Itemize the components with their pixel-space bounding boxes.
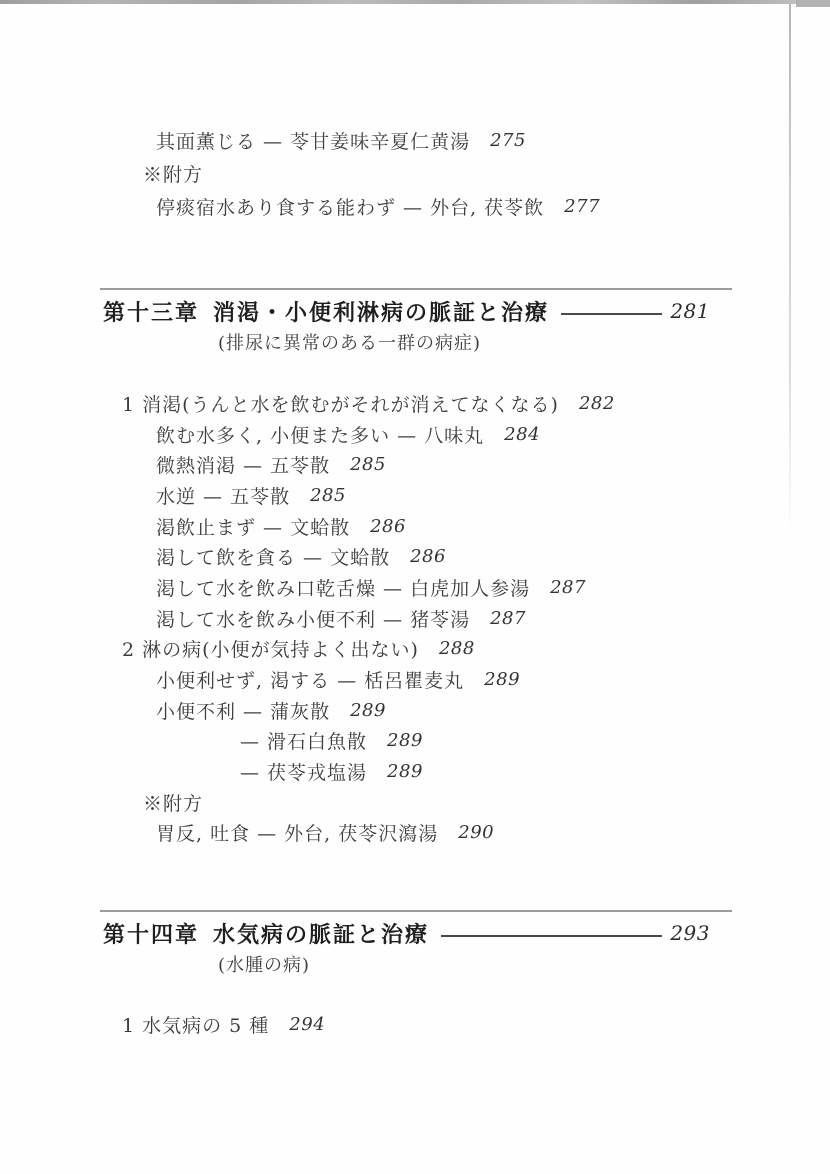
toc-entry-text: 小便利せず, 渇する — 栝呂瞿麦丸 (156, 666, 464, 693)
chapter-subtitle: (排尿に異常のある一群の病症) (218, 328, 732, 356)
toc-entry-page: 289 (350, 700, 386, 721)
toc-entry-page: 286 (410, 546, 446, 567)
toc-entry-text: 渇飲止まず — 文蛤散 (156, 513, 350, 540)
toc-entry-page: 275 (490, 130, 526, 151)
toc-page: 其面薫じる — 苓甘姜味辛夏仁黄湯 275 ※附方 停痰宿水あり食する能わず —… (0, 0, 830, 1174)
toc-entry: 渇飲止まず — 文蛤散 286 (156, 511, 732, 542)
toc-entry: 飲む水多く, 小便また多い — 八味丸 284 (156, 419, 732, 450)
toc-entry-text: — 茯苓戎塩湯 (240, 758, 367, 785)
toc-entry-text: 渇して水を飲み口乾舌燥 — 白虎加人参湯 (156, 574, 530, 601)
toc-entry-text: 水逆 — 五苓散 (156, 482, 290, 509)
toc-entry-page: 277 (564, 196, 600, 217)
toc-entry-text: 1 消渇(うんと水を飲むがそれが消えてなくなる) (122, 390, 559, 417)
toc-entry-text: ※附方 (143, 789, 203, 816)
scan-edge-artifact-corner (796, 0, 830, 7)
toc-entry-text: 胃反, 吐食 — 外台, 茯苓沢瀉湯 (156, 819, 438, 846)
toc-entry-page: 288 (439, 638, 475, 659)
chapter-title: 消渇・小便利淋病の脈証と治療 (213, 296, 549, 327)
toc-entry-page: 289 (387, 730, 423, 751)
leader-line (561, 313, 662, 315)
chapter-number: 第十三章 (103, 296, 199, 327)
toc-entry-page: 284 (504, 424, 540, 445)
toc-content: 其面薫じる — 苓甘姜味辛夏仁黄湯 275 ※附方 停痰宿水あり食する能わず —… (100, 0, 732, 1040)
toc-entry: 小便不利 — 蒲灰散 289 (156, 695, 732, 726)
toc-entry-text: 飲む水多く, 小便また多い — 八味丸 (156, 421, 484, 448)
toc-entry-text: 小便不利 — 蒲灰散 (156, 697, 330, 724)
toc-entry: 停痰宿水あり食する能わず — 外台, 茯苓飲 277 (156, 190, 732, 223)
chapter-number: 第十四章 (103, 918, 199, 949)
toc-entry: — 滑石白魚散 289 (240, 726, 732, 757)
toc-entry: ※附方 (143, 157, 732, 190)
chapter-divider-rule (100, 910, 732, 912)
toc-entry-text: 渇して飲を貪る — 文蛤散 (156, 543, 390, 570)
toc-entry: 微熱消渇 — 五苓散 285 (156, 449, 732, 480)
toc-entry-text: 渇して水を飲み小便不利 — 猪苓湯 (156, 605, 470, 632)
toc-entry: 渇して水を飲み口乾舌燥 — 白虎加人参湯 287 (156, 572, 732, 603)
toc-entry: 小便利せず, 渇する — 栝呂瞿麦丸 289 (156, 664, 732, 695)
toc-entry-text: — 滑石白魚散 (240, 727, 367, 754)
toc-entry-text: 2 淋の病(小便が気持よく出ない) (122, 635, 419, 662)
toc-entry: 水逆 — 五苓散 285 (156, 480, 732, 511)
toc-entry: — 茯苓戎塩湯 289 (240, 756, 732, 787)
chapter-page-number: 293 (670, 921, 732, 945)
toc-entry-page: 282 (579, 393, 615, 414)
leader-line (441, 935, 662, 937)
toc-entry: 1 水気病の 5 種 294 (122, 1009, 732, 1040)
toc-entry-page: 285 (310, 485, 346, 506)
toc-entry-page: 289 (387, 761, 423, 782)
toc-entry-page: 287 (550, 577, 586, 598)
toc-entry-page: 289 (484, 669, 520, 690)
toc-entry-page: 290 (458, 822, 494, 843)
chapter-13-heading: 第十三章 消渇・小便利淋病の脈証と治療 281 (103, 294, 732, 328)
toc-entry: 2 淋の病(小便が気持よく出ない) 288 (122, 634, 732, 665)
chapter-subtitle: (水腫の病) (218, 950, 732, 978)
toc-entry-text: 其面薫じる — 苓甘姜味辛夏仁黄湯 (156, 127, 470, 154)
scan-edge-artifact-right (789, 4, 791, 534)
toc-entry-text: 1 水気病の 5 種 (122, 1011, 269, 1038)
chapter-page-number: 281 (670, 299, 732, 323)
toc-entry-page: 286 (370, 516, 406, 537)
toc-entry-page: 287 (490, 608, 526, 629)
toc-entry-page: 294 (289, 1014, 325, 1035)
toc-entry: 胃反, 吐食 — 外台, 茯苓沢瀉湯 290 (156, 818, 732, 849)
toc-entry: 1 消渇(うんと水を飲むがそれが消えてなくなる) 282 (122, 388, 732, 419)
toc-entry: 其面薫じる — 苓甘姜味辛夏仁黄湯 275 (156, 124, 732, 157)
chapter-14-heading: 第十四章 水気病の脈証と治療 293 (103, 916, 732, 950)
toc-entry-text: 微熱消渇 — 五苓散 (156, 451, 330, 478)
toc-entry: 渇して飲を貪る — 文蛤散 286 (156, 541, 732, 572)
chapter-divider-rule (100, 288, 732, 290)
toc-entry-text: ※附方 (143, 160, 203, 187)
chapter-title: 水気病の脈証と治療 (213, 918, 429, 949)
toc-entry: 渇して水を飲み小便不利 — 猪苓湯 287 (156, 603, 732, 634)
toc-entry-text: 停痰宿水あり食する能わず — 外台, 茯苓飲 (156, 193, 544, 220)
toc-entry: ※附方 (143, 787, 732, 818)
toc-entry-page: 285 (350, 454, 386, 475)
